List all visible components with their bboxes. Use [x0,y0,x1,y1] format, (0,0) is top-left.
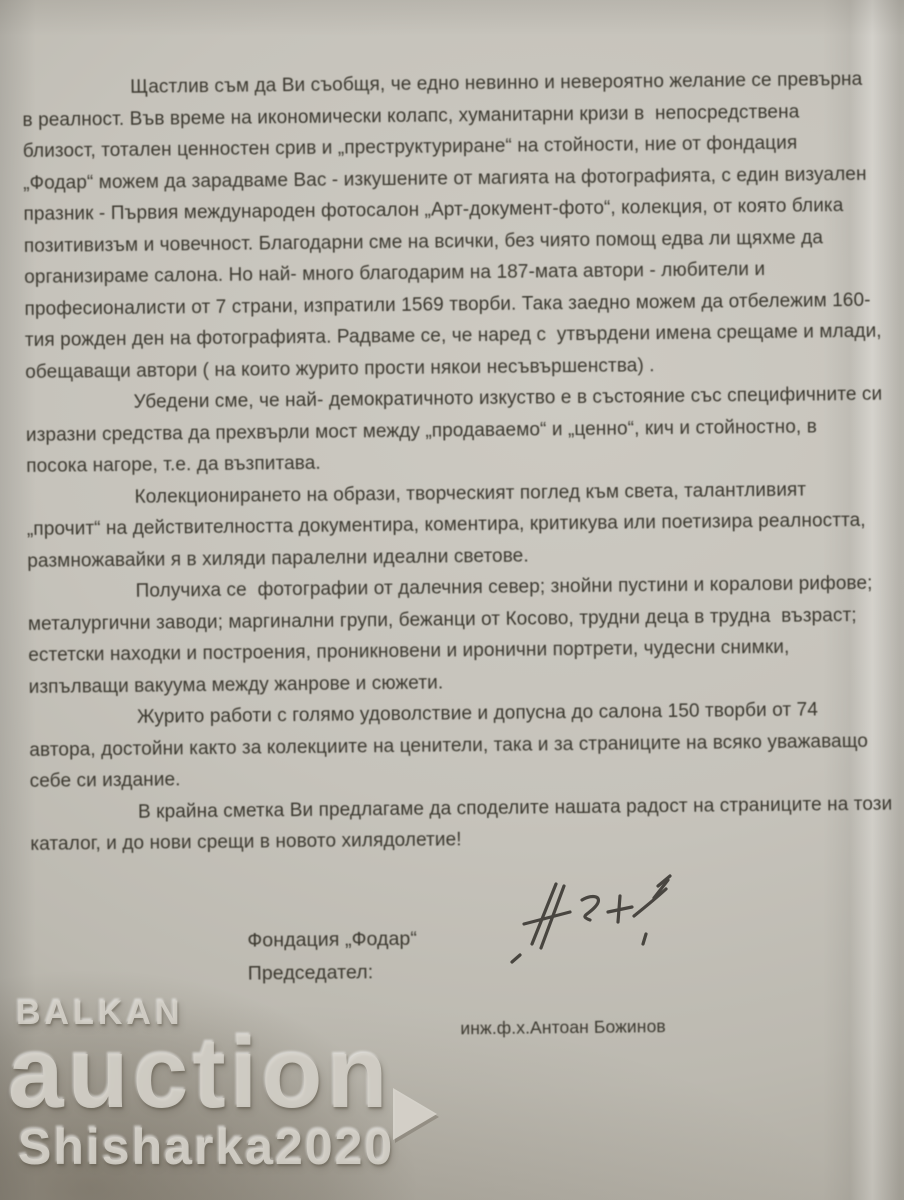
document-photo: Щастлив съм да Ви съобщя, че едно невинн… [0,0,904,1200]
signature-scribble [508,872,676,972]
letter-body: Щастлив съм да Ви съобщя, че едно невинн… [22,64,894,1046]
closing-signatory-name: инж.ф.х.Антоан Божинов [460,1010,894,1041]
play-arrow-icon [390,1086,442,1146]
watermark-seller: Shisharka2020 [18,1118,394,1176]
